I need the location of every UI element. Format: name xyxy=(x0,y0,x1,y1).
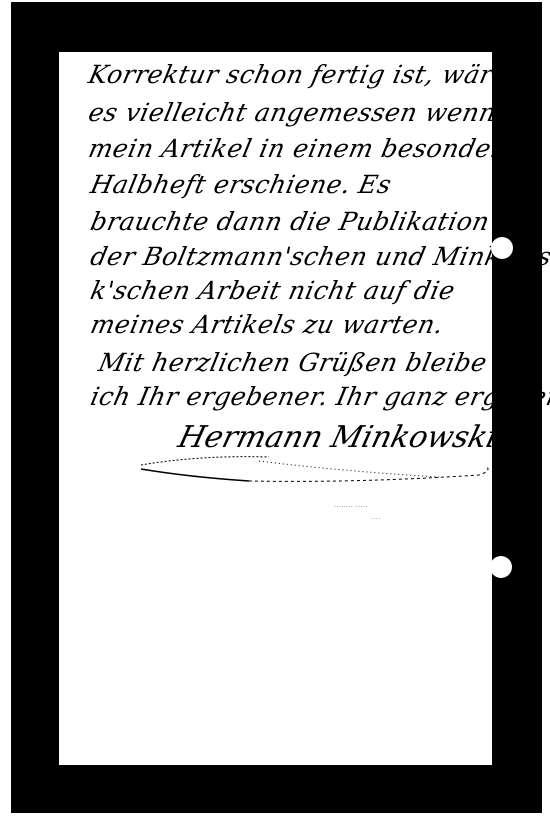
letter-line-1: Korrektur schon fertig ist, wäre xyxy=(86,60,511,89)
letter-line-5: brauchte dann die Publikation xyxy=(88,207,492,236)
archive-stamp-line-2: ···· xyxy=(371,516,381,523)
letter-line-9: Mit herzlichen Grüßen bleibe xyxy=(96,348,490,377)
letter-line-4: Halbheft erschiene. Es xyxy=(88,170,394,199)
letter-page: Korrektur schon fertig ist, wäre es viel… xyxy=(59,52,492,765)
letter-line-7: k'schen Arbeit nicht auf die xyxy=(88,276,458,305)
letter-line-10: ich Ihr ergebener. Ihr ganz ergebener xyxy=(88,382,550,411)
punch-hole-bottom xyxy=(490,556,512,578)
letter-line-8: meines Artikels zu warten. xyxy=(88,310,446,339)
letter-line-6: der Boltzmann'schen und Minkowski xyxy=(88,242,550,271)
punch-hole-top xyxy=(491,237,513,259)
signature-flourish-icon xyxy=(139,447,499,487)
letter-line-2: es vielleicht angemessen wenn xyxy=(86,98,499,127)
archive-stamp-line-1: ········ ····· xyxy=(334,504,368,511)
letter-line-3: mein Artikel in einem besondern xyxy=(86,134,523,163)
